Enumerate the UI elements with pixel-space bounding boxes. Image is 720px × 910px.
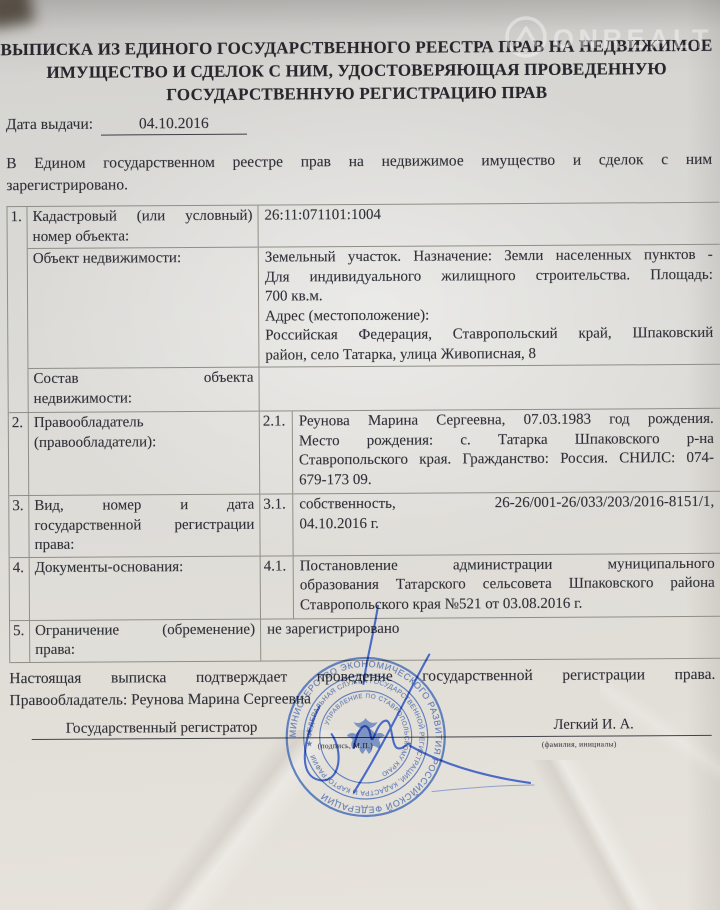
table-row-object: 1. Кадастровый (или условный) номер объе… (7, 203, 720, 413)
cell-value: 26:11:071101:1004 (258, 203, 719, 247)
cell-value: Реунова Марина Сергеевна, 07.03.1983 год… (293, 409, 720, 494)
signature-stroke (363, 606, 378, 684)
issue-date-label: Дата выдачи: (6, 116, 93, 134)
issue-date-value: 04.10.2016 (101, 115, 247, 136)
intro-line: зарегистрировано. (6, 171, 712, 197)
row-subnumber: 2.1. (260, 411, 294, 493)
intro-paragraph: В Едином государственном реестре прав на… (6, 149, 712, 197)
row-subnumber: 3.1. (260, 494, 293, 555)
row-number: 3. (9, 496, 29, 557)
cell-label: Кадастровый (или условный) номер объекта… (27, 206, 258, 248)
intro-line: В Едином государственном реестре прав на… (6, 149, 712, 175)
registrar-name: Легкий И. А. (554, 716, 634, 733)
table-row-rightholder: 2. Правообладатель (правообладатели): 2.… (9, 409, 720, 496)
table-row-registration: 3. Вид, номер и дата государственной рег… (9, 492, 720, 558)
cell-label: Ограничение (обременение) права: (30, 619, 261, 661)
cell-label: Состав объекта недвижимости: (28, 368, 259, 412)
cell-value (259, 365, 720, 411)
registrar-signature-ink (257, 587, 558, 809)
cell-label: Документы-основания: (30, 556, 261, 619)
row-number: 2. (9, 413, 30, 495)
onrealt-watermark-text: ONREALT (553, 24, 713, 54)
onrealt-logo-icon (507, 18, 545, 56)
issue-date-line: Дата выдачи: 04.10.2016 (6, 115, 247, 136)
cell-value: собственность, 26-26/001-26/033/203/2016… (293, 492, 720, 555)
signature-stroke (410, 745, 530, 784)
row-number: 4. (10, 558, 30, 620)
signature-stroke (304, 706, 338, 780)
cell-value: Земельный участок. Назначение: Земли нас… (259, 245, 720, 367)
cell-label: Правообладатель (правообладатели): (29, 412, 260, 495)
registrar-role-label: Государственный регистратор (66, 720, 258, 738)
subrow-cadastral-number: Кадастровый (или условный) номер объекта… (27, 203, 719, 248)
row-number: 5. (10, 621, 30, 662)
onrealt-watermark: ONREALT (503, 10, 715, 62)
cell-label: Объект недвижимости: (28, 248, 260, 368)
document-photo: ВЫПИСКА ИЗ ЕДИНОГО ГОСУДАРСТВЕННОГО РЕЕС… (0, 0, 720, 910)
title-line: ГОСУДАРСТВЕННУЮ РЕГИСТРАЦИЮ ПРАВ (0, 80, 716, 107)
subrow-realty-object: Объект недвижимости: Земельный участок. … (28, 244, 720, 368)
signature-stroke (432, 785, 534, 792)
cell-label: Вид, номер и дата государственной регист… (29, 495, 260, 557)
extract-document: ВЫПИСКА ИЗ ЕДИНОГО ГОСУДАРСТВЕННОГО РЕЕС… (0, 0, 720, 910)
row-number: 1. (7, 207, 28, 412)
subrow-object-composition: Состав объекта недвижимости: (28, 364, 720, 412)
